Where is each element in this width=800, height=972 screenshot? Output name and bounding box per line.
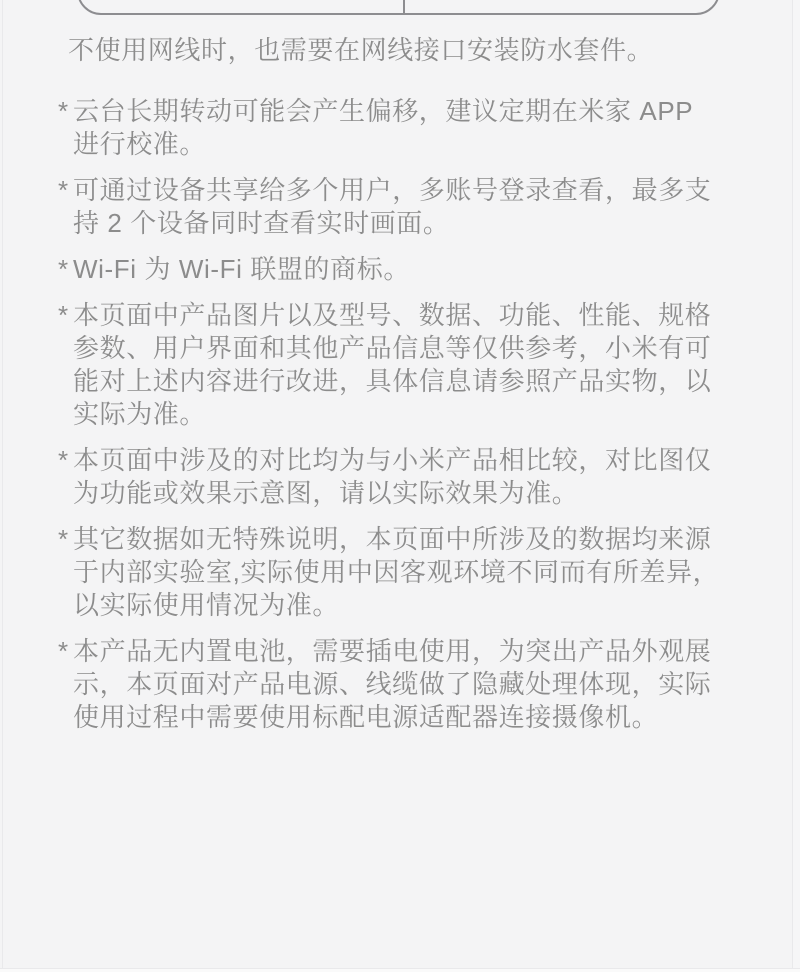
disclaimer-text: 云台长期转动可能会产生偏移，建议定期在米家 APP 进行校准。	[73, 95, 773, 161]
disclaimer-text: 本产品无内置电池，需要插电使用，为突出产品外观展 示，本页面对产品电源、线缆做了…	[73, 635, 773, 734]
disclaimer-text: 本页面中涉及的对比均为与小米产品相比较，对比图仅 为功能或效果示意图，请以实际效…	[73, 444, 773, 510]
disclaimer-intro-line: 不使用网线时，也需要在网线接口安装防水套件。	[0, 34, 790, 67]
page-right-edge-strip	[792, 0, 800, 972]
disclaimer-text: 不使用网线时，也需要在网线接口安装防水套件。	[68, 34, 768, 67]
asterisk-marker: *	[58, 174, 73, 207]
spec-table-column-divider	[403, 0, 405, 13]
disclaimer-text: 可通过设备共享给多个用户，多账号登录查看，最多支 持 2 个设备同时查看实时画面…	[73, 174, 773, 240]
disclaimer-item: * 本产品无内置电池，需要插电使用，为突出产品外观展 示，本页面对产品电源、线缆…	[0, 635, 790, 734]
disclaimer-item: * Wi-Fi 为 Wi-Fi 联盟的商标。	[0, 253, 790, 286]
page-bottom-edge-strip	[0, 968, 800, 972]
disclaimer-item: * 云台长期转动可能会产生偏移，建议定期在米家 APP 进行校准。	[0, 95, 790, 161]
disclaimer-item: * 其它数据如无特殊说明，本页面中所涉及的数据均来源 于内部实验室,实际使用中因…	[0, 523, 790, 622]
disclaimer-item: * 本页面中产品图片以及型号、数据、功能、性能、规格 参数、用户界面和其他产品信…	[0, 299, 790, 431]
asterisk-marker: *	[58, 299, 73, 332]
spec-table-bottom	[77, 0, 720, 15]
disclaimer-text: 本页面中产品图片以及型号、数据、功能、性能、规格 参数、用户界面和其他产品信息等…	[73, 299, 773, 431]
disclaimer-item: * 本页面中涉及的对比均为与小米产品相比较，对比图仅 为功能或效果示意图，请以实…	[0, 444, 790, 510]
disclaimer-text: Wi-Fi 为 Wi-Fi 联盟的商标。	[73, 253, 773, 286]
asterisk-marker: *	[58, 95, 73, 128]
product-disclaimer-page: 不使用网线时，也需要在网线接口安装防水套件。 * 云台长期转动可能会产生偏移，建…	[0, 0, 800, 972]
asterisk-marker: *	[58, 635, 73, 668]
disclaimer-item: * 可通过设备共享给多个用户，多账号登录查看，最多支 持 2 个设备同时查看实时…	[0, 174, 790, 240]
disclaimer-list: 不使用网线时，也需要在网线接口安装防水套件。 * 云台长期转动可能会产生偏移，建…	[0, 34, 790, 734]
asterisk-marker: *	[58, 444, 73, 477]
asterisk-marker: *	[58, 253, 73, 286]
asterisk-marker: *	[58, 523, 73, 556]
disclaimer-text: 其它数据如无特殊说明，本页面中所涉及的数据均来源 于内部实验室,实际使用中因客观…	[73, 523, 773, 622]
